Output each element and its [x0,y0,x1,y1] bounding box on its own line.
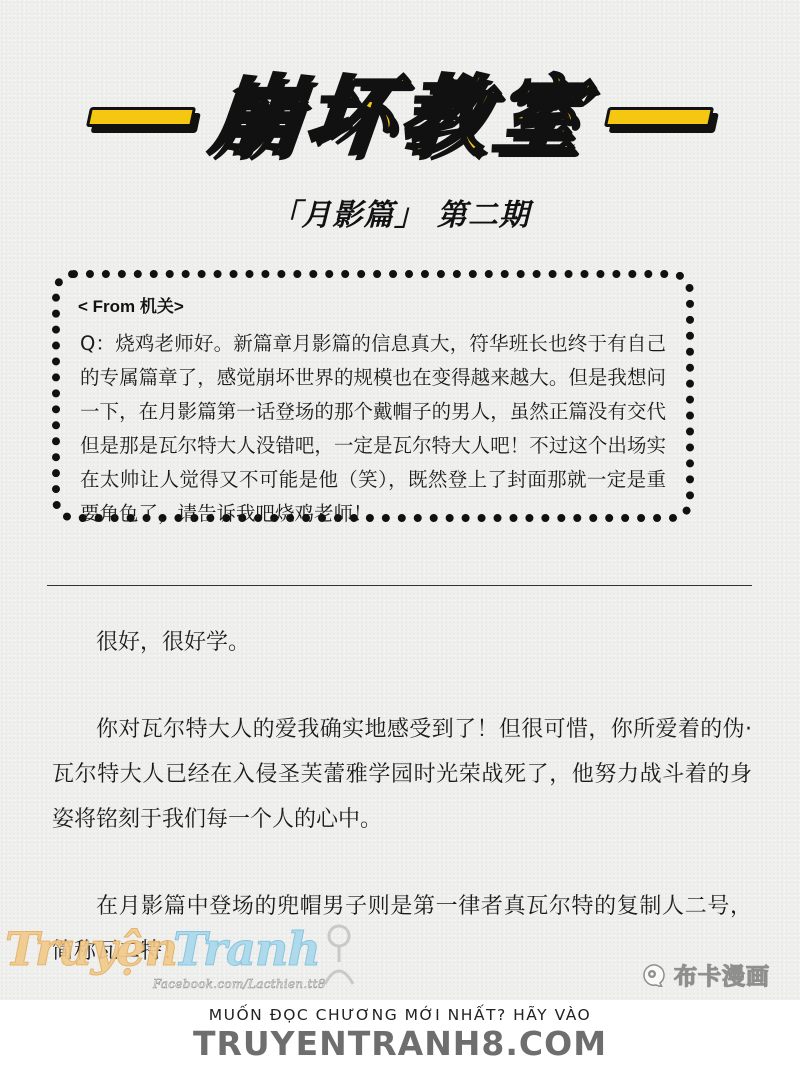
watermark-facebook: Facebook.com/Lacthien.tt8 [153,977,326,991]
buka-logo-icon [640,963,668,987]
title-dash-left [86,107,196,127]
footer-site-link[interactable]: TRUYENTRANH8.COM [0,1024,800,1063]
answer-paragraph: 很好，很好学。 [52,620,752,665]
watermark-tranh: Tranh [173,922,320,976]
article-page: 崩坏教室 「月影篇」 第二期 < From 机关> Q：烧鸡老师好。新篇章月影篇… [0,0,800,1000]
question-sender: < From 机关> [78,292,666,317]
issue-subtitle: 「月影篇」 第二期 [0,190,800,234]
bukamanhua-watermark: 布卡漫画 [640,958,770,991]
section-divider [47,585,752,586]
watermark-truyen: Truyện [5,922,177,976]
footer-promo-text: MUỐN ĐỌC CHƯƠNG MỚI NHẤT? HÃY VÀO [0,1006,800,1024]
question-box: < From 机关> Q：烧鸡老师好。新篇章月影篇的信息真大，符华班长也终于有自… [52,270,694,522]
title-banner: 崩坏教室 [0,62,800,172]
question-text: Q：烧鸡老师好。新篇章月影篇的信息真大，符华班长也终于有自己的专属篇章了，感觉崩… [80,327,666,531]
answer-paragraph: 你对瓦尔特大人的爱我确实地感受到了！但很可惜，你所爱着的伪·瓦尔特大人已经在入侵… [52,707,752,842]
footer-banner: MUỐN ĐỌC CHƯƠNG MỚI NHẤT? HÃY VÀO TRUYEN… [0,1000,800,1068]
watermark-buka-text: 布卡漫画 [674,958,770,991]
title-dash-right [604,107,714,127]
page-title: 崩坏教室 [207,74,592,160]
truyentranh-watermark: Truyện Tranh Facebook.com/Lacthien.tt8 [5,922,365,997]
